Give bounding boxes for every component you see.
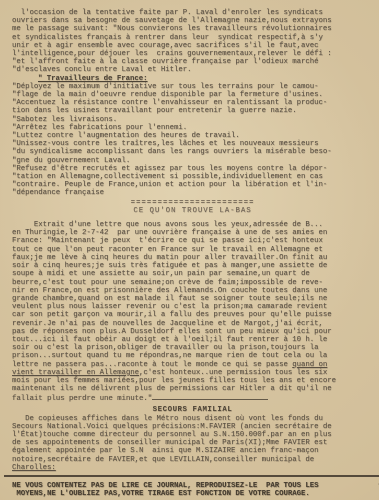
letter-closing-text: fallait plus perdre une minute." (12, 395, 152, 403)
leaflet-page: l'occasion de la tentative faite par P. … (0, 0, 379, 500)
letter-paragraph-end: mois pour les femmes mariées,pour les je… (12, 377, 373, 393)
section-divider: ======================= (12, 199, 373, 207)
letter-text-plain-2: ,c'est honteux..une permission tous les … (139, 369, 327, 377)
pen-hook-mark (371, 472, 379, 485)
letter-line-underlined-2: vient travailler en Allemagne,c'est hont… (12, 369, 373, 377)
letter-line-underlined-1: lettre ne passera pas...raconte à tout l… (12, 361, 373, 369)
underlined-phrase-part2: vient travailler en Allemagne (12, 369, 139, 377)
secours-title: SECOURS FAMILIAL (12, 406, 373, 414)
underlined-phrase-part1: quand on (292, 361, 327, 369)
letter-closing-line: fallait plus perdre une minute." (12, 393, 373, 403)
charolles-line: Charolles: (12, 464, 373, 472)
letter-paragraph-start: Extrait d'une lettre que nous avons sous… (12, 221, 373, 360)
footer-call: NE VOUS CONTENTEZ PAS DE LIRE CE JOURNAL… (12, 482, 373, 498)
trailing-underline-mark (152, 393, 268, 400)
letter-text-plain: lettre ne passera pas...raconte à tout l… (12, 361, 292, 369)
letter-section-title: CE QU'ON TROUVE LA-BAS (12, 207, 373, 215)
secours-paragraph: De copieuses affiches dans le Métro nous… (12, 415, 373, 464)
separator-rule (4, 475, 379, 480)
appeal-paragraph: "Déployez le maximum d'initiative sur to… (12, 83, 373, 198)
appeal-heading: " Travailleurs de France: (38, 75, 373, 83)
intro-paragraph: l'occasion de la tentative faite par P. … (12, 9, 373, 75)
